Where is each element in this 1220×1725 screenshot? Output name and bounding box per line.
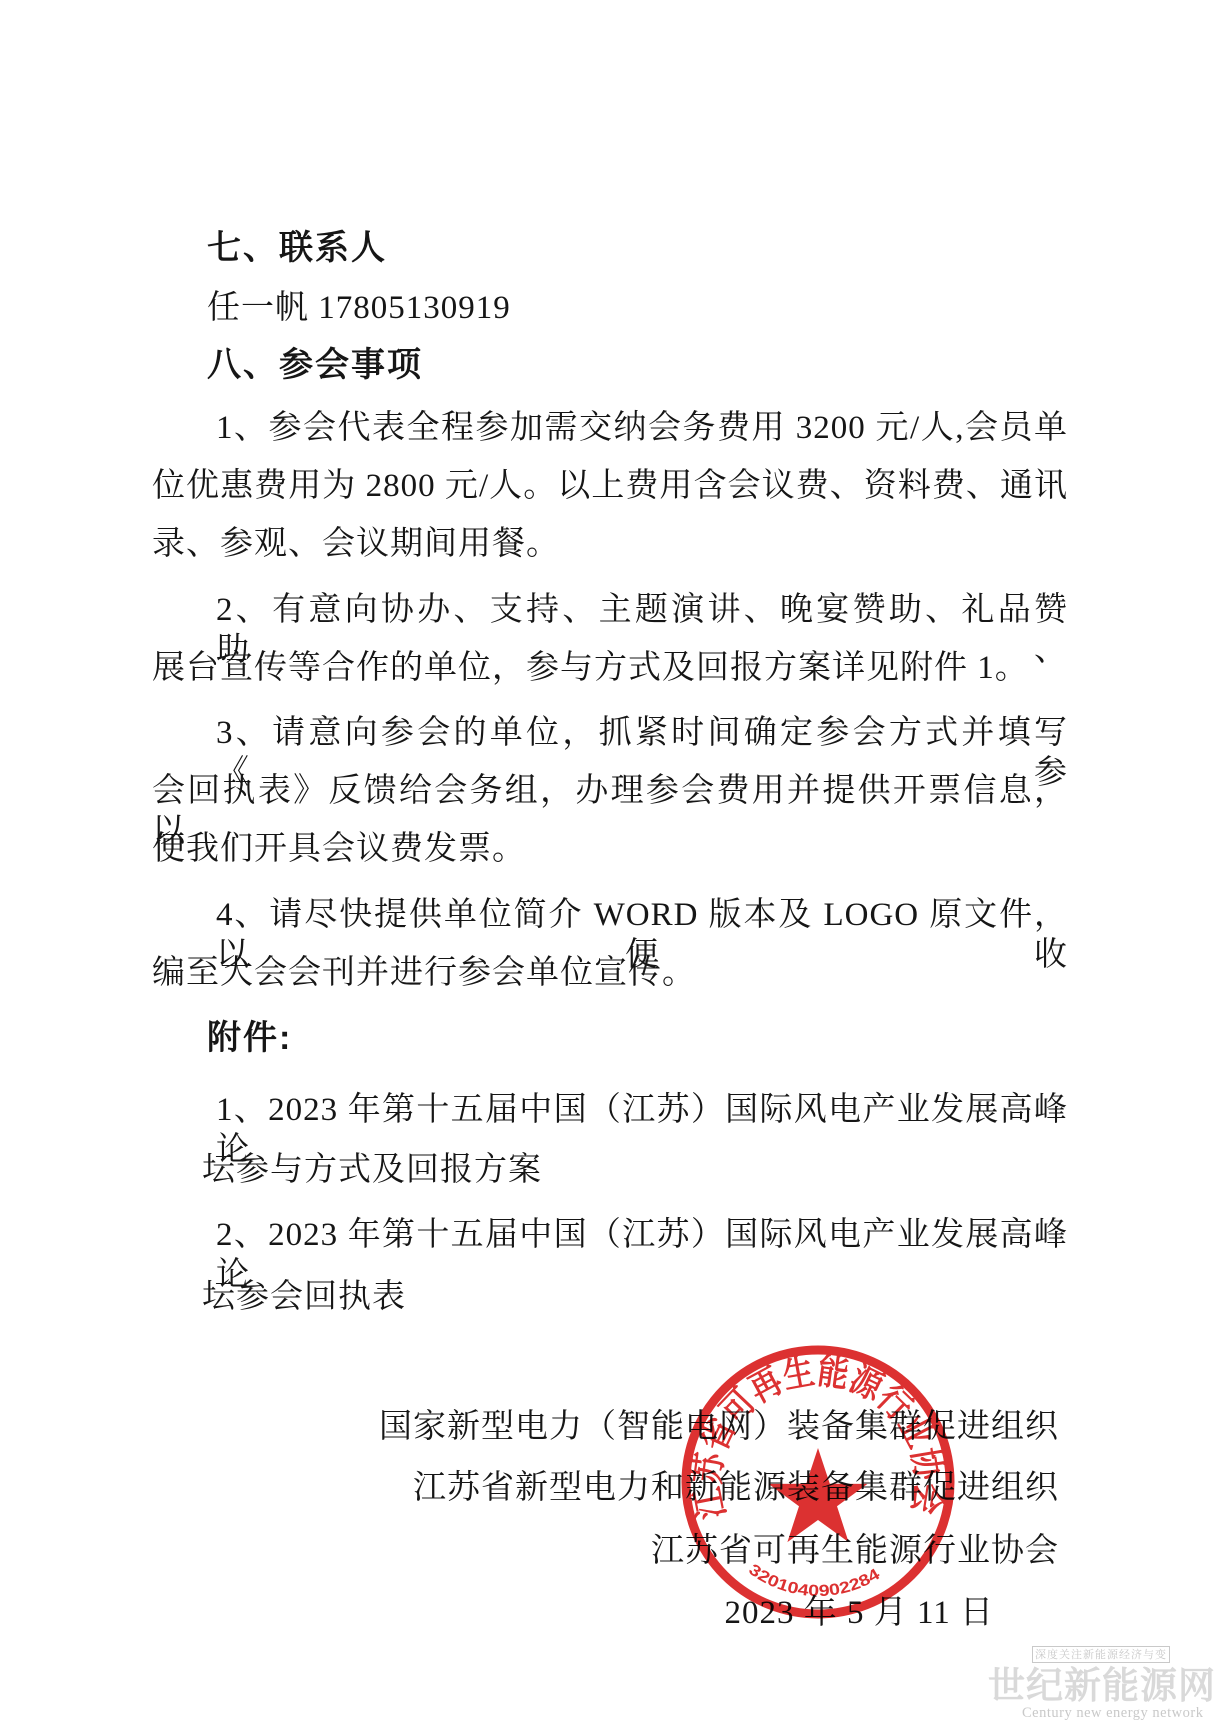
watermark-tagline: 深度关注新能源经济与变革	[1032, 1646, 1170, 1663]
document-page: 七、联系人 任一帆 17805130919 八、参会事项 1、参会代表全程参加需…	[0, 0, 1220, 1725]
section-heading-contact: 七、联系人	[152, 228, 1068, 268]
doc-line: 展台宣传等合作的单位，参与方式及回报方案详见附件 1。	[152, 648, 1068, 688]
doc-line: 位优惠费用为 2800 元/人。以上费用含会议费、资料费、通讯	[152, 466, 1068, 506]
attachments-heading: 附件:	[152, 1018, 1068, 1058]
doc-line: 便我们开具会议费发票。	[152, 829, 1068, 869]
svg-text:3201040902284: 3201040902284	[745, 1561, 883, 1600]
watermark-site-name: 世纪新能源网	[988, 1666, 1216, 1706]
watermark-site-subtitle: Century new energy network	[1022, 1705, 1203, 1722]
seal-code: 3201040902284	[745, 1561, 883, 1600]
official-seal-stamp: 江苏省可再生能源行业协会 3201040902284	[678, 1342, 958, 1622]
star-icon	[769, 1448, 868, 1542]
contact-line: 任一帆 17805130919	[152, 288, 1068, 328]
doc-line: 录、参观、会议期间用餐。	[152, 524, 1068, 564]
section-heading-attendance: 八、参会事项	[152, 345, 1068, 385]
attachment-item-cont: 坛参会回执表	[152, 1277, 1068, 1317]
doc-line: 1、参会代表全程参加需交纳会务费用 3200 元/人,会员单	[152, 408, 1068, 448]
attachment-item-cont: 坛参与方式及回报方案	[152, 1150, 1068, 1190]
doc-line: 编至大会会刊并进行参会单位宣传。	[152, 953, 1068, 993]
